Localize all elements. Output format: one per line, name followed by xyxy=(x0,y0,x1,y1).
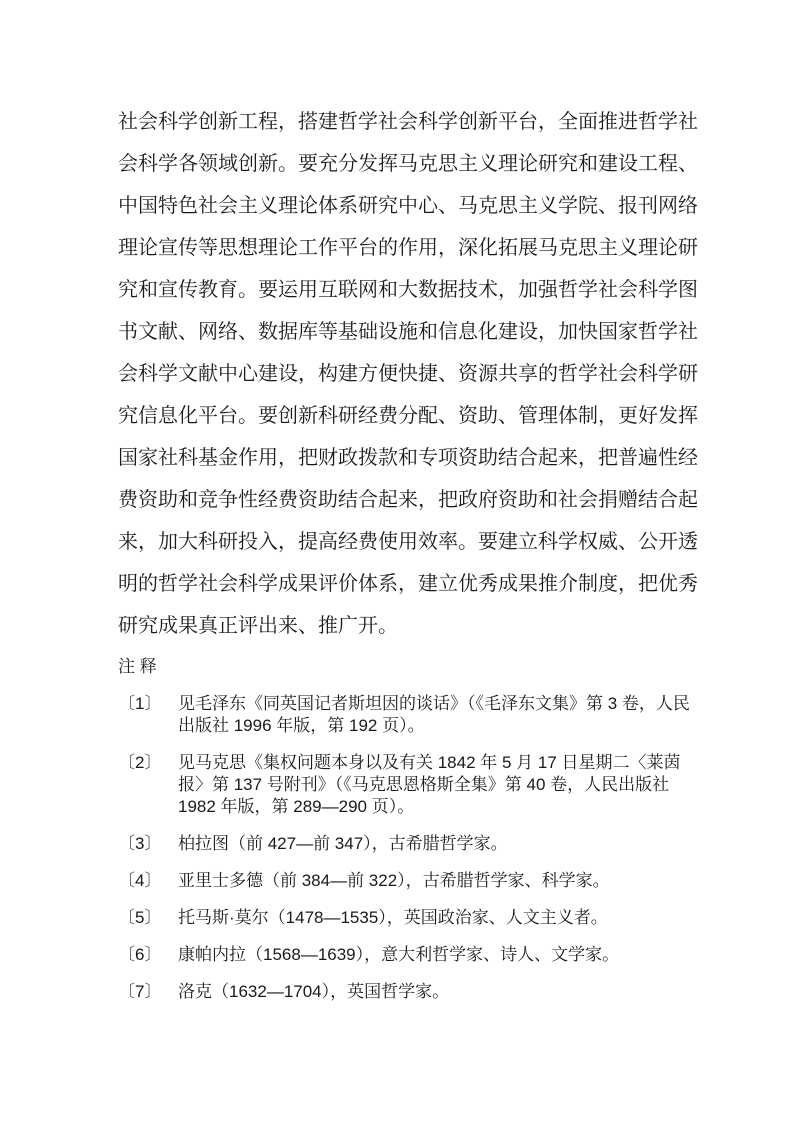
note-line: 见马克思《集权问题本身以及有关 1842 年 5 月 17 日星期二〈莱茵 xyxy=(178,752,682,774)
body-line: 国家社科基金作用，把财政拨款和专项资助结合起来，把普遍性经 xyxy=(118,437,682,479)
body-line: 会科学各领域创新。要充分发挥马克思主义理论研究和建设工程、 xyxy=(118,143,682,185)
body-line: 费资助和竞争性经费资助结合起来，把政府资助和社会捐赠结合起 xyxy=(118,479,682,521)
document-page: 社会科学创新工程，搭建哲学社会科学创新平台，全面推进哲学社 会科学各领域创新。要… xyxy=(0,0,800,1130)
body-line: 理论宣传等思想理论工作平台的作用，深化拓展马克思主义理论研 xyxy=(118,227,682,269)
body-line: 书文献、网络、数据库等基础设施和信息化建设，加快国家哲学社 xyxy=(118,311,682,353)
note-text: 洛克（1632—1704），英国哲学家。 xyxy=(178,981,682,1003)
notes-heading: 注 释 xyxy=(118,656,682,678)
note-line: 洛克（1632—1704），英国哲学家。 xyxy=(178,981,682,1003)
body-line: 来，加大科研投入，提高经费使用效率。要建立科学权威、公开透 xyxy=(118,521,682,563)
note-number: 〔6〕 xyxy=(118,944,178,966)
note-line: 见毛泽东《同英国记者斯坦因的谈话》（《毛泽东文集》第 3 卷，人民 xyxy=(178,693,682,715)
note-number: 〔1〕 xyxy=(118,693,178,715)
note-number: 〔2〕 xyxy=(118,752,178,774)
note-text: 托马斯·莫尔（1478—1535），英国政治家、人文主义者。 xyxy=(178,907,682,929)
note-item: 〔6〕 康帕内拉（1568—1639），意大利哲学家、诗人、文学家。 xyxy=(118,944,682,966)
page-content: 社会科学创新工程，搭建哲学社会科学创新平台，全面推进哲学社 会科学各领域创新。要… xyxy=(118,101,682,1018)
note-line: 柏拉图（前 427—前 347），古希腊哲学家。 xyxy=(178,833,682,855)
note-text: 亚里士多德（前 384—前 322），古希腊哲学家、科学家。 xyxy=(178,870,682,892)
body-line: 中国特色社会主义理论体系研究中心、马克思主义学院、报刊网络 xyxy=(118,185,682,227)
note-item: 〔1〕 见毛泽东《同英国记者斯坦因的谈话》（《毛泽东文集》第 3 卷，人民 出版… xyxy=(118,693,682,737)
note-text: 柏拉图（前 427—前 347），古希腊哲学家。 xyxy=(178,833,682,855)
note-number: 〔4〕 xyxy=(118,870,178,892)
note-line: 托马斯·莫尔（1478—1535），英国政治家、人文主义者。 xyxy=(178,907,682,929)
note-number: 〔7〕 xyxy=(118,981,178,1003)
body-line: 社会科学创新工程，搭建哲学社会科学创新平台，全面推进哲学社 xyxy=(118,101,682,143)
body-line: 会科学文献中心建设，构建方便快捷、资源共享的哲学社会科学研 xyxy=(118,353,682,395)
note-line: 出版社 1996 年版，第 192 页）。 xyxy=(178,715,682,737)
body-paragraph: 社会科学创新工程，搭建哲学社会科学创新平台，全面推进哲学社 会科学各领域创新。要… xyxy=(118,101,682,647)
note-item: 〔5〕 托马斯·莫尔（1478—1535），英国政治家、人文主义者。 xyxy=(118,907,682,929)
note-text: 康帕内拉（1568—1639），意大利哲学家、诗人、文学家。 xyxy=(178,944,682,966)
body-line: 明的哲学社会科学成果评价体系，建立优秀成果推介制度，把优秀 xyxy=(118,563,682,605)
note-number: 〔5〕 xyxy=(118,907,178,929)
note-line: 报〉第 137 号附刊》（《马克思恩格斯全集》第 40 卷，人民出版社 xyxy=(178,774,682,796)
note-line: 1982 年版，第 289—290 页）。 xyxy=(178,796,682,818)
note-text: 见马克思《集权问题本身以及有关 1842 年 5 月 17 日星期二〈莱茵 报〉… xyxy=(178,752,682,818)
note-item: 〔7〕 洛克（1632—1704），英国哲学家。 xyxy=(118,981,682,1003)
note-number: 〔3〕 xyxy=(118,833,178,855)
note-item: 〔2〕 见马克思《集权问题本身以及有关 1842 年 5 月 17 日星期二〈莱… xyxy=(118,752,682,818)
body-line: 研究成果真正评出来、推广开。 xyxy=(118,605,682,647)
note-item: 〔3〕 柏拉图（前 427—前 347），古希腊哲学家。 xyxy=(118,833,682,855)
body-line: 究信息化平台。要创新科研经费分配、资助、管理体制，更好发挥 xyxy=(118,395,682,437)
note-item: 〔4〕 亚里士多德（前 384—前 322），古希腊哲学家、科学家。 xyxy=(118,870,682,892)
notes-list: 〔1〕 见毛泽东《同英国记者斯坦因的谈话》（《毛泽东文集》第 3 卷，人民 出版… xyxy=(118,693,682,1003)
note-line: 亚里士多德（前 384—前 322），古希腊哲学家、科学家。 xyxy=(178,870,682,892)
note-text: 见毛泽东《同英国记者斯坦因的谈话》（《毛泽东文集》第 3 卷，人民 出版社 19… xyxy=(178,693,682,737)
body-line: 究和宣传教育。要运用互联网和大数据技术，加强哲学社会科学图 xyxy=(118,269,682,311)
note-line: 康帕内拉（1568—1639），意大利哲学家、诗人、文学家。 xyxy=(178,944,682,966)
